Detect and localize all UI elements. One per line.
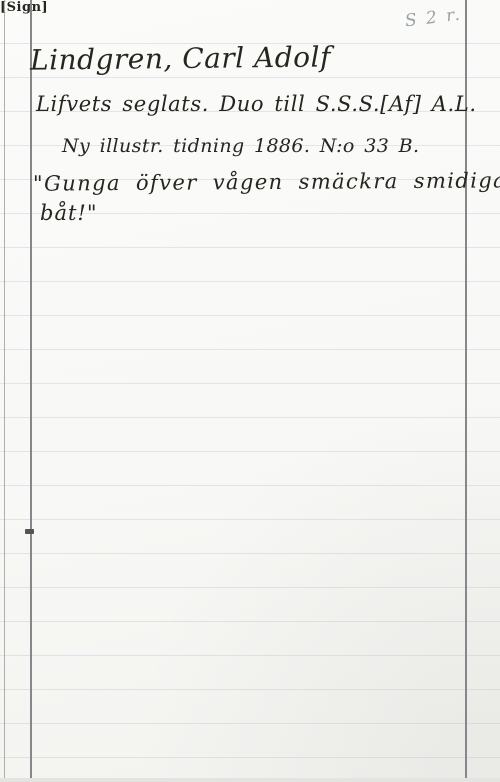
quote-line-2: båt!" — [40, 203, 98, 224]
left-margin-line — [30, 0, 32, 782]
page-edge-line — [4, 0, 5, 782]
publication-source-line: Ny illustr. tidning 1886. N:o 33 B. — [62, 137, 419, 156]
pencil-shelfmark-note: S 2 r. — [404, 7, 463, 31]
ruled-paper-lines — [0, 10, 500, 782]
composer-name-heading: Lindgren, Carl Adolf — [30, 43, 331, 74]
scanned-catalog-card: S 2 r. Lindgren, Carl Adolf Lifvets segl… — [0, 0, 500, 782]
scan-bottom-edge — [0, 778, 500, 782]
margin-ink-mark — [25, 529, 34, 534]
quote-line-1: "Gunga öfver vågen smäckra smidiga — [33, 170, 500, 194]
right-margin-line — [465, 0, 467, 782]
work-title-line: Lifvets seglats. Duo till S.S.S.[Af] A.L… — [36, 94, 477, 115]
